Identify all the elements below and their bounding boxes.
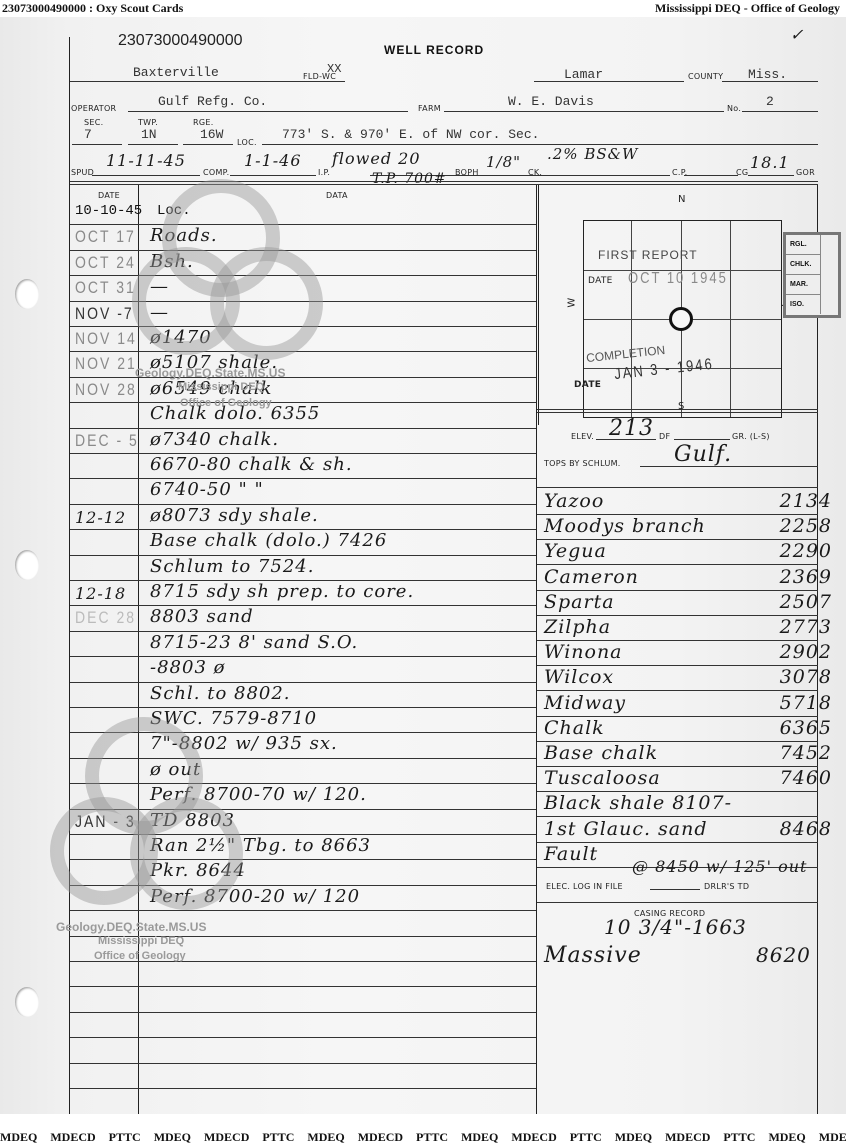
formation-name: Fault [544,843,598,865]
formation-depth: 7460 [780,767,832,789]
log-date: DEC 28 [75,608,136,627]
formation-name: Chalk [544,717,605,739]
formation-depth: 3078 [780,666,832,688]
formation-name: Zilpha [544,616,611,638]
field-value: Baxterville [133,65,219,80]
row-rule [70,250,536,251]
massive-depth: 8620 [756,943,811,967]
margin-line [69,37,70,1114]
formation-top: Base chalk7452 [544,742,832,766]
punch-hole [15,550,39,580]
formation-top: 1st Glauc. sand8468 [544,818,832,842]
formation-top: Yazoo2134 [544,490,832,514]
log-date: OCT 17 [75,227,136,246]
footer-banner: MDEQMDECDPTTCMDEQMDECDPTTCMDEQMDECDPTTCM… [0,1128,846,1147]
formation-name: Cameron [544,566,639,588]
api-number: 23073000490000 [118,32,243,50]
casing-value: 10 3/4"-1663 [604,915,747,939]
punch-hole [15,987,39,1017]
location-plat: FIRST REPORT DATE OCT 10 1945 COMPLETION… [583,220,782,418]
footer-token: MDEQ [154,1130,191,1144]
operator-value: Gulf Refg. Co. [158,94,267,109]
range-value: 16W [200,127,223,142]
well-location-marker [669,307,693,331]
formation-top: Chalk6365 [544,717,832,741]
elevation-value: 213 [609,416,654,441]
document-title: 23073000490000 : Oxy Scout Cards [2,1,183,16]
formation-depth: 2258 [780,515,832,537]
formation-name: Tuscaloosa [544,767,661,789]
log-date: NOV 21 [75,354,137,373]
formation-depth: 2134 [780,490,832,512]
footer-token: PTTC [262,1130,294,1144]
footer-token: PTTC [723,1130,755,1144]
footer-token: MDEQ [307,1130,344,1144]
massive-formation: Massive [544,943,642,968]
punch-hole [15,279,39,309]
log-entry: ø7340 chalk. [150,429,279,450]
row-rule [70,1037,536,1038]
row-rule [70,1088,536,1089]
formation-depth: 7452 [780,742,832,764]
row-rule [70,656,536,657]
formation-depth: 5718 [780,692,832,714]
state-value: Miss. [748,67,787,82]
formation-top: Black shale 8107- [544,792,832,816]
formation-name: Black shale 8107- [544,792,732,814]
farm-value: W. E. Davis [508,94,594,109]
bsw-value: .2% BS&W [547,145,638,163]
viewer-header: 23073000490000 : Oxy Scout Cards Mississ… [0,0,846,16]
row-rule [70,910,536,911]
date-header: DATE [98,191,120,200]
log-entry: 8803 sand [150,606,254,627]
formation-top: Wilcox3078 [544,666,832,690]
first-report-date: OCT 10 1945 [628,269,728,287]
formation-name: Midway [544,692,626,714]
formation-depth: 2773 [780,616,832,638]
county-value: Lamar [564,67,603,82]
footer-token: MDEQ [461,1130,498,1144]
formation-top: Winona2902 [544,641,832,665]
formation-top: Midway5718 [544,692,832,716]
formation-top: Cameron2369 [544,566,832,590]
footer-token: PTTC [109,1130,141,1144]
footer-token: MDECD [819,1130,846,1144]
row-rule [70,428,536,429]
initial-production: flowed 20 [332,149,421,168]
log-entry: ø8073 sdy shale. [150,505,319,526]
log-date: 12-18 [75,584,126,603]
formation-name: Yegua [544,540,607,562]
formation-top: Yegua2290 [544,540,832,564]
watermark-text: Geology.DEQ.State.MS.US [135,366,285,380]
formation-name: Winona [544,641,623,663]
log-entry: 8715 sdy sh prep. to core. [150,581,414,602]
formation-name: Base chalk [544,742,658,764]
formation-name: Yazoo [544,490,604,512]
formation-top: Zilpha2773 [544,616,832,640]
log-entry: 8715-23 8' sand S.O. [150,632,358,653]
log-entry: -8803 ø [150,657,225,678]
formation-depth: 2507 [780,591,832,613]
formation-depth: 6365 [780,717,832,739]
footer-token: MDECD [665,1130,710,1144]
log-entry: Schl. to 8802. [150,683,291,704]
formation-depth: 8468 [780,818,832,840]
completion-date: 1-1-46 [244,151,302,170]
center-divider [536,185,537,1114]
township-value: 1N [141,127,157,142]
row-rule [70,1063,536,1064]
footer-token: MDECD [50,1130,95,1144]
footer-token: MDEQ [768,1130,805,1144]
data-header: DATA [326,191,348,200]
footer-token: MDECD [204,1130,249,1144]
well-record-card: 23073000490000 WELL RECORD ✓ Baxterville… [0,17,846,1114]
footer-token: PTTC [570,1130,602,1144]
form-title: WELL RECORD [384,43,484,57]
log-entry: Base chalk (dolo.) 7426 [150,530,387,551]
footer-token: PTTC [416,1130,448,1144]
row-rule [70,986,536,987]
agency-title: Mississippi DEQ - Office of Geology [655,1,840,16]
routing-box: RGL. CHLK. MAR. ISO. [783,232,841,318]
log-date: 10-10-45 [75,203,142,219]
log-entry: Schlum to 7524. [150,556,314,577]
footer-token: MDECD [358,1130,403,1144]
fault-note: @ 8450 w/ 125' out [632,857,807,876]
row-rule [70,605,536,606]
log-date: 12-12 [75,508,126,527]
formation-top: Tuscaloosa7460 [544,767,832,791]
spud-date: 11-11-45 [106,151,186,170]
log-entry: 6740-50 " " [150,479,264,500]
log-date: DEC - 5 [75,430,139,449]
formation-name: Moodys branch [544,515,706,537]
row-rule [70,351,536,352]
formation-top: Sparta2507 [544,591,832,615]
row-rule [70,224,536,225]
formation-depth: 2902 [780,641,832,663]
location-value: 773' S. & 970' E. of NW cor. Sec. [282,127,539,142]
log-date: OCT 31 [75,278,136,297]
section-value: 7 [84,127,92,142]
formation-name: 1st Glauc. sand [544,818,708,840]
footer-token: MDEQ [0,1130,37,1144]
formation-name: Sparta [544,591,615,613]
choke-size: 1/8" [486,153,521,171]
well-number: 2 [766,94,774,109]
formation-top: Moodys branch2258 [544,515,832,539]
row-rule [70,682,536,683]
formation-depth: 2369 [780,566,832,588]
log-date: NOV 14 [75,328,137,347]
footer-token: MDECD [511,1130,556,1144]
row-rule [70,478,536,479]
row-rule [70,1012,536,1013]
log-date: OCT 24 [75,252,136,271]
footer-token: MDEQ [615,1130,652,1144]
log-entry: 6670-80 chalk & sh. [150,454,353,475]
formation-name: Wilcox [544,666,614,688]
log-date: NOV -7 [75,303,134,322]
gravity-value: 18.1 [750,153,790,172]
tops-source: Gulf. [674,442,732,467]
check-mark: ✓ [790,25,804,44]
log-date: NOV 28 [75,379,137,398]
formation-depth: 2290 [780,540,832,562]
